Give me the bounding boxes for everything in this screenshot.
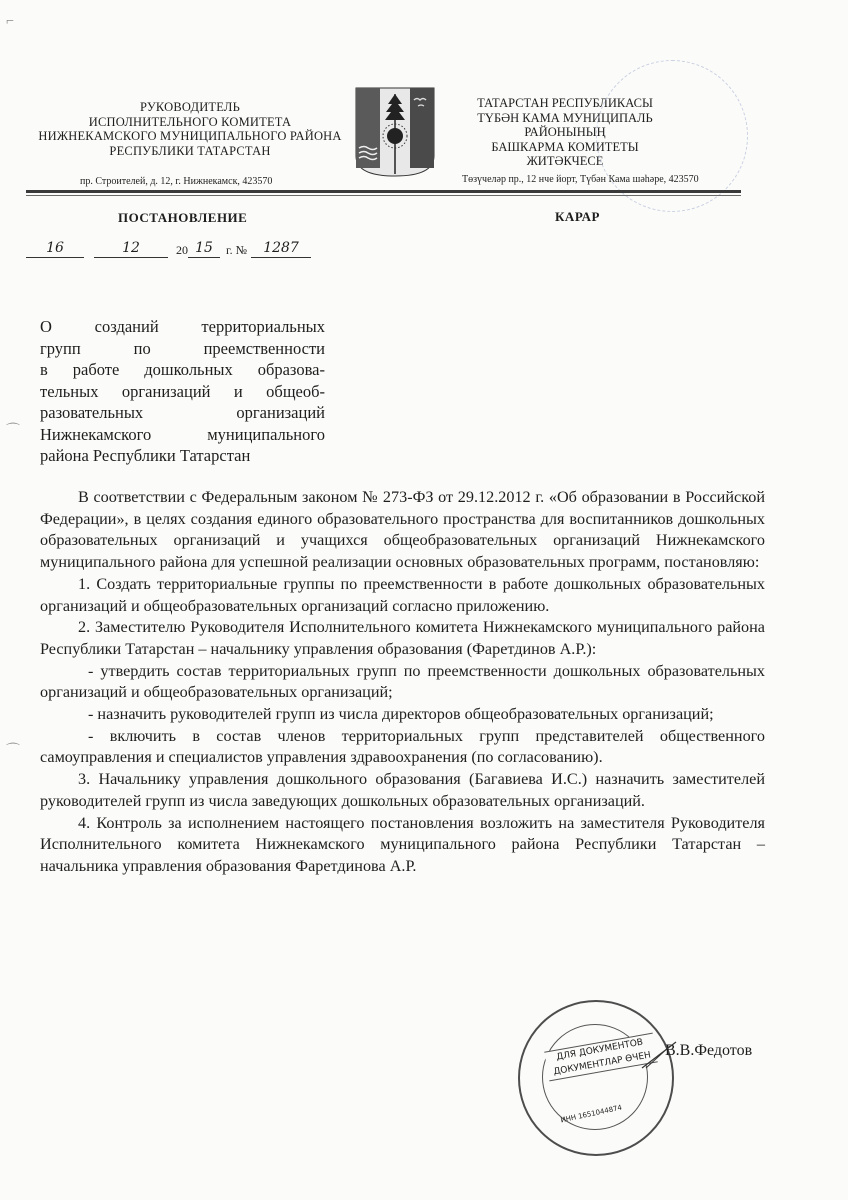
- date-number-line: 16 12 20 15 г. № 1287: [26, 240, 311, 258]
- doc-type-ru: ПОСТАНОВЛЕНИЕ: [118, 210, 247, 226]
- header-divider: [26, 190, 741, 193]
- header-left-line: РЕСПУБЛИКИ ТАТАРСТАН: [20, 144, 360, 159]
- item-3: 3. Начальнику управления дошкольного обр…: [40, 769, 765, 812]
- coat-of-arms-icon: [354, 86, 436, 178]
- header-left-line: ИСПОЛНИТЕЛЬНОГО КОМИТЕТА: [20, 115, 360, 130]
- date-year-prefix: 20: [176, 243, 188, 258]
- number-label: г. №: [226, 243, 247, 258]
- header-left-block: РУКОВОДИТЕЛЬ ИСПОЛНИТЕЛЬНОГО КОМИТЕТА НИ…: [20, 100, 360, 158]
- subject-line: района Республики Татарстан: [40, 445, 325, 467]
- scan-mark: ⌐: [6, 14, 14, 30]
- official-seal: ДЛЯ ДОКУМЕНТОВ ДОКУМЕНТЛАР ӨЧЕН ИНН 1651…: [518, 1000, 674, 1156]
- date-day: 16: [26, 240, 84, 258]
- header-left-line: РУКОВОДИТЕЛЬ: [20, 100, 360, 115]
- preamble-paragraph: В соответствии с Федеральным законом № 2…: [40, 487, 765, 574]
- subject-line: Нижнекамского муниципального: [40, 424, 325, 446]
- item-1: 1. Создать территориальные группы по пре…: [40, 574, 765, 617]
- subject-line: разовательных организаций: [40, 402, 325, 424]
- date-month: 12: [94, 240, 168, 258]
- header-left-line: НИЖНЕКАМСКОГО МУНИЦИПАЛЬНОГО РАЙОНА: [20, 129, 360, 144]
- item-2: 2. Заместителю Руководителя Исполнительн…: [40, 617, 765, 660]
- subject-line: тельных организаций и общеоб-: [40, 381, 325, 403]
- item-2-sub-2: - назначить руководителей групп из числа…: [40, 704, 765, 726]
- date-year-suffix: 15: [188, 240, 220, 258]
- item-2-sub-3: - включить в состав членов территориальн…: [40, 726, 765, 769]
- header-left-address: пр. Строителей, д. 12, г. Нижнекамск, 42…: [80, 176, 272, 187]
- item-4: 4. Контроль за исполнением настоящего по…: [40, 813, 765, 878]
- header-divider-thin: [26, 195, 741, 196]
- document-body: В соответствии с Федеральным законом № 2…: [40, 487, 765, 878]
- scan-mark: ⌒: [6, 740, 20, 760]
- signature-stroke-icon: [640, 1040, 680, 1070]
- subject-line: в работе дошкольных образова-: [40, 359, 325, 381]
- document-number: 1287: [251, 240, 311, 258]
- doc-type-tt: КАРАР: [555, 209, 600, 225]
- subject-line: групп по преемственности: [40, 338, 325, 360]
- item-2-sub-1: - утвердить состав территориальных групп…: [40, 661, 765, 704]
- scan-mark: ⌒: [6, 420, 20, 440]
- subject-line: О созданий территориальных: [40, 316, 325, 338]
- document-subject: О созданий территориальных групп по прее…: [40, 316, 325, 467]
